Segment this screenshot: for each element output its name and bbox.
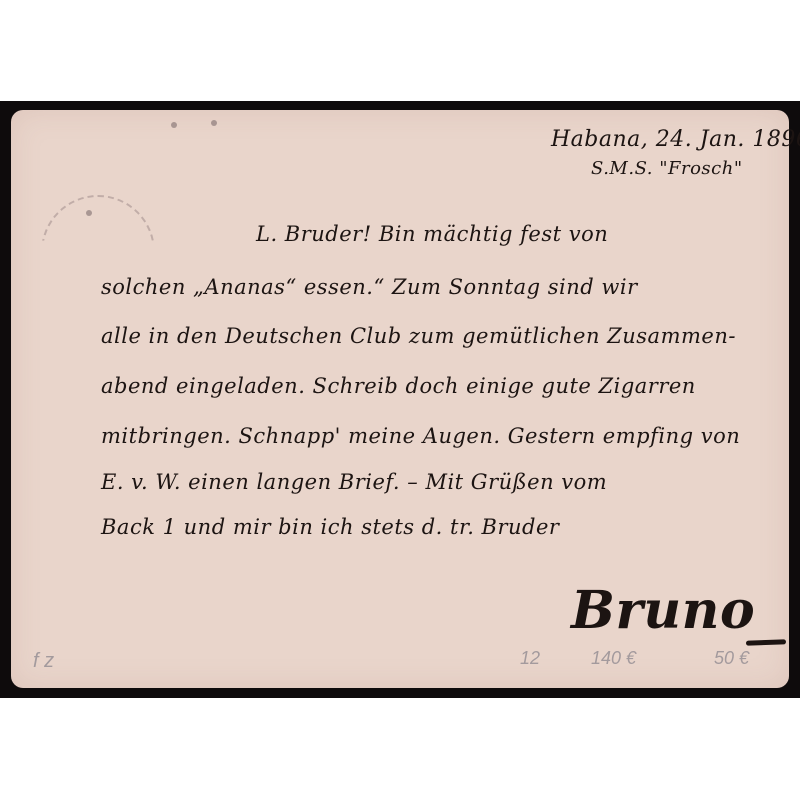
body-line: Back 1 und mir bin ich stets d. tr. Brud… [101, 515, 559, 539]
pencil-price: 50 € [714, 648, 749, 669]
pencil-note: 12 [520, 648, 540, 669]
body-line: mitbringen. Schnapp' meine Augen. Gester… [101, 424, 740, 448]
place-date-line: Habana, 24. Jan. 1896. [551, 127, 800, 152]
postcard: Habana, 24. Jan. 1896. S.M.S. "Frosch" L… [11, 110, 789, 688]
postmark-smudge [171, 122, 177, 128]
body-line: solchen „Ananas“ essen.“ Zum Sonntag sin… [101, 275, 638, 299]
pencil-note-margin: f z [33, 650, 54, 673]
body-line: E. v. W. einen langen Brief. – Mit Grüße… [101, 470, 607, 494]
postmark-smudge [86, 210, 92, 216]
body-line: L. Bruder! Bin mächtig fest von [256, 222, 608, 246]
signature: Bruno [571, 580, 755, 641]
postmark-smudge [211, 120, 217, 126]
signature-flourish [746, 639, 786, 645]
ship-name-line: S.M.S. "Frosch" [591, 158, 743, 179]
body-line: alle in den Deutschen Club zum gemütlich… [101, 324, 736, 348]
pencil-price: 140 € [591, 648, 636, 669]
body-line: abend eingeladen. Schreib doch einige gu… [101, 374, 696, 398]
